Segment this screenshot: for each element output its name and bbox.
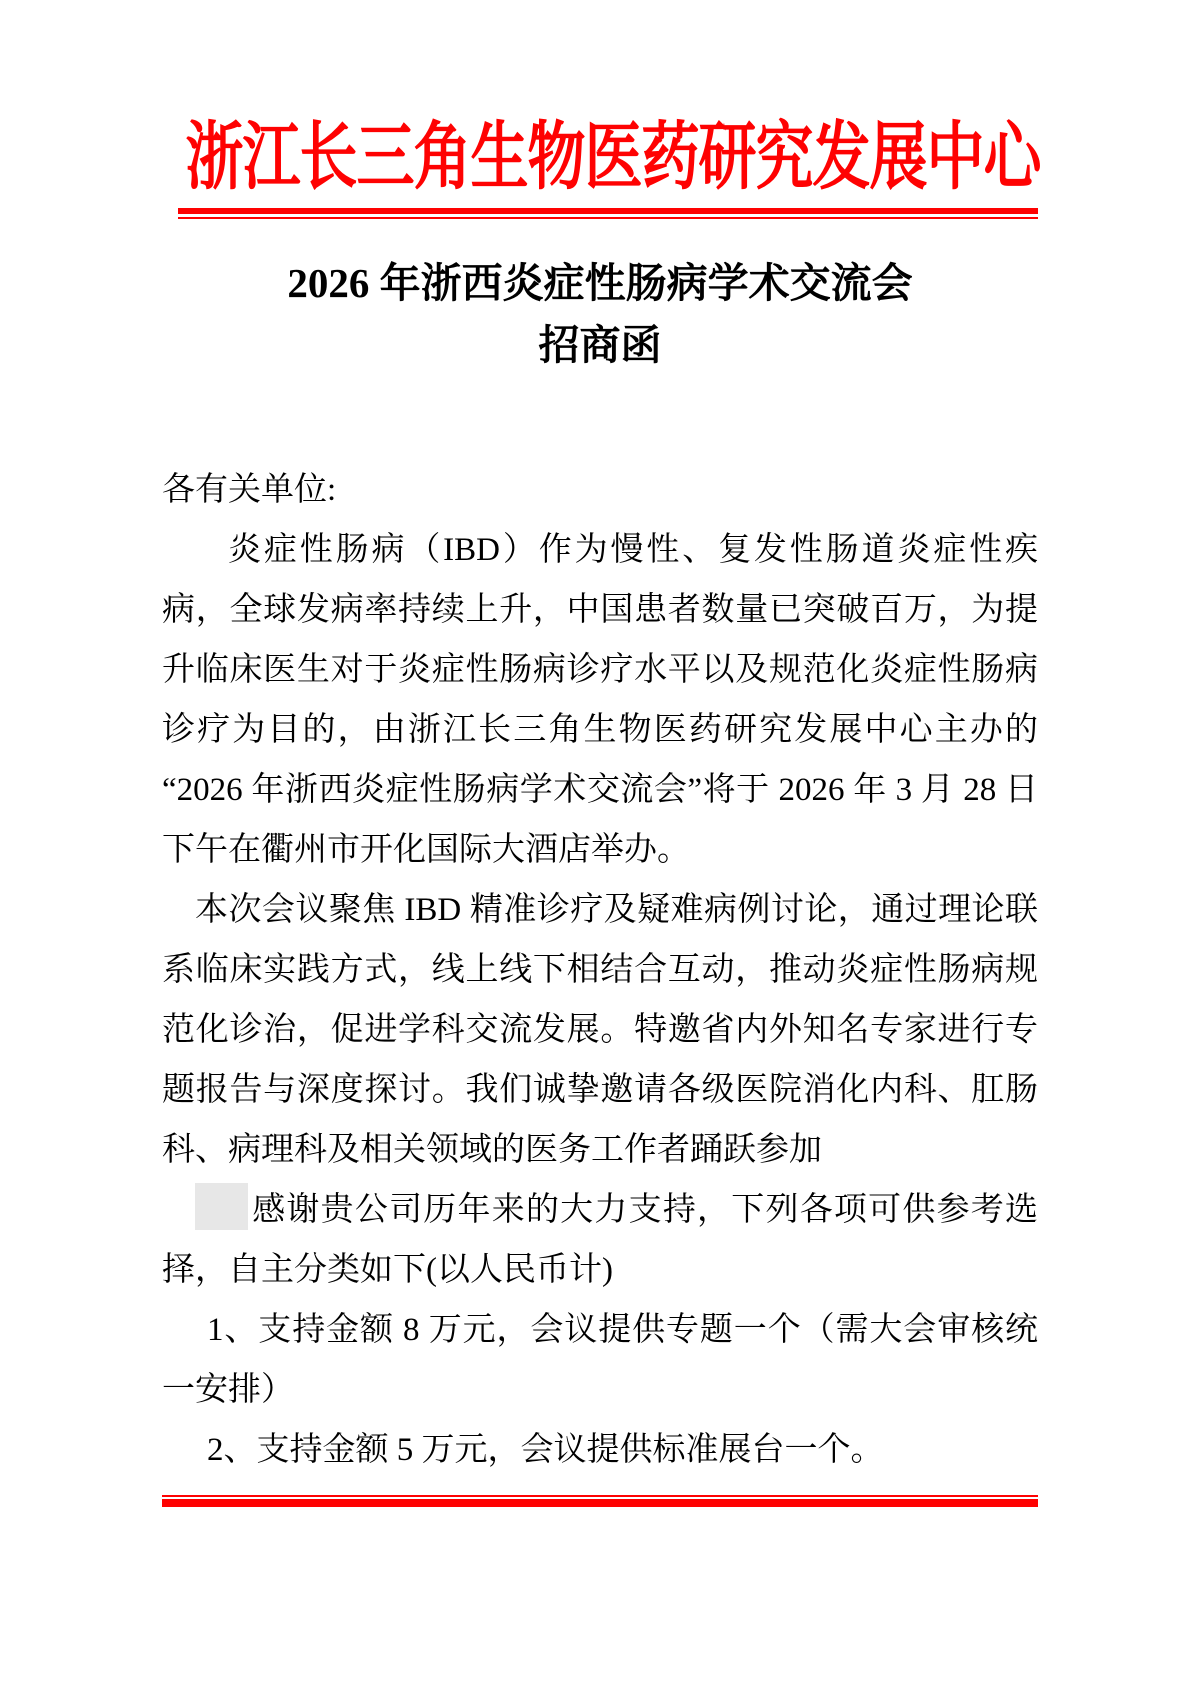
footer-rule-thin bbox=[162, 1495, 1038, 1497]
sponsor-item-1: 1、支持金额 8 万元，会议提供专题一个（需大会审核统一安排） bbox=[162, 1300, 1038, 1420]
highlight-placeholder-box bbox=[195, 1183, 248, 1230]
paragraph-intro: 炎症性肠病（IBD）作为慢性、复发性肠道炎症性疾病，全球发病率持续上升，中国患者… bbox=[162, 520, 1038, 880]
footer-double-rule bbox=[162, 1495, 1038, 1507]
header-double-rule bbox=[178, 208, 1038, 219]
org-name: 浙江长三角生物医药研究发展中心 bbox=[185, 97, 1040, 204]
document-page: 浙江长三角生物医药研究发展中心 2026 年浙西炎症性肠病学术交流会 招商函 各… bbox=[0, 0, 1190, 1683]
title-line-1: 2026 年浙西炎症性肠病学术交流会 bbox=[162, 252, 1038, 314]
sponsor-item-2: 2、支持金额 5 万元，会议提供标准展台一个。 bbox=[162, 1420, 1038, 1480]
paragraph-thanks-text: 感谢贵公司历年来的大力支持，下列各项可供参考选择，自主分类如下(以人民币计) bbox=[162, 1192, 1038, 1288]
paragraph-thanks: 感谢贵公司历年来的大力支持，下列各项可供参考选择，自主分类如下(以人民币计) bbox=[162, 1180, 1038, 1300]
letterhead: 浙江长三角生物医药研究发展中心 bbox=[18, 104, 1190, 196]
letter-body: 各有关单位: 炎症性肠病（IBD）作为慢性、复发性肠道炎症性疾病，全球发病率持续… bbox=[162, 460, 1038, 1480]
document-title: 2026 年浙西炎症性肠病学术交流会 招商函 bbox=[162, 252, 1038, 376]
salutation: 各有关单位: bbox=[162, 460, 1038, 520]
header-rule-thin bbox=[178, 217, 1038, 219]
page-content: 2026 年浙西炎症性肠病学术交流会 招商函 各有关单位: 炎症性肠病（IBD）… bbox=[162, 208, 1038, 1507]
header-rule-thick bbox=[178, 208, 1038, 214]
title-line-2: 招商函 bbox=[162, 314, 1038, 376]
paragraph-meeting: 本次会议聚焦 IBD 精准诊疗及疑难病例讨论，通过理论联系临床实践方式，线上线下… bbox=[162, 880, 1038, 1180]
footer-rule-thick bbox=[162, 1499, 1038, 1507]
